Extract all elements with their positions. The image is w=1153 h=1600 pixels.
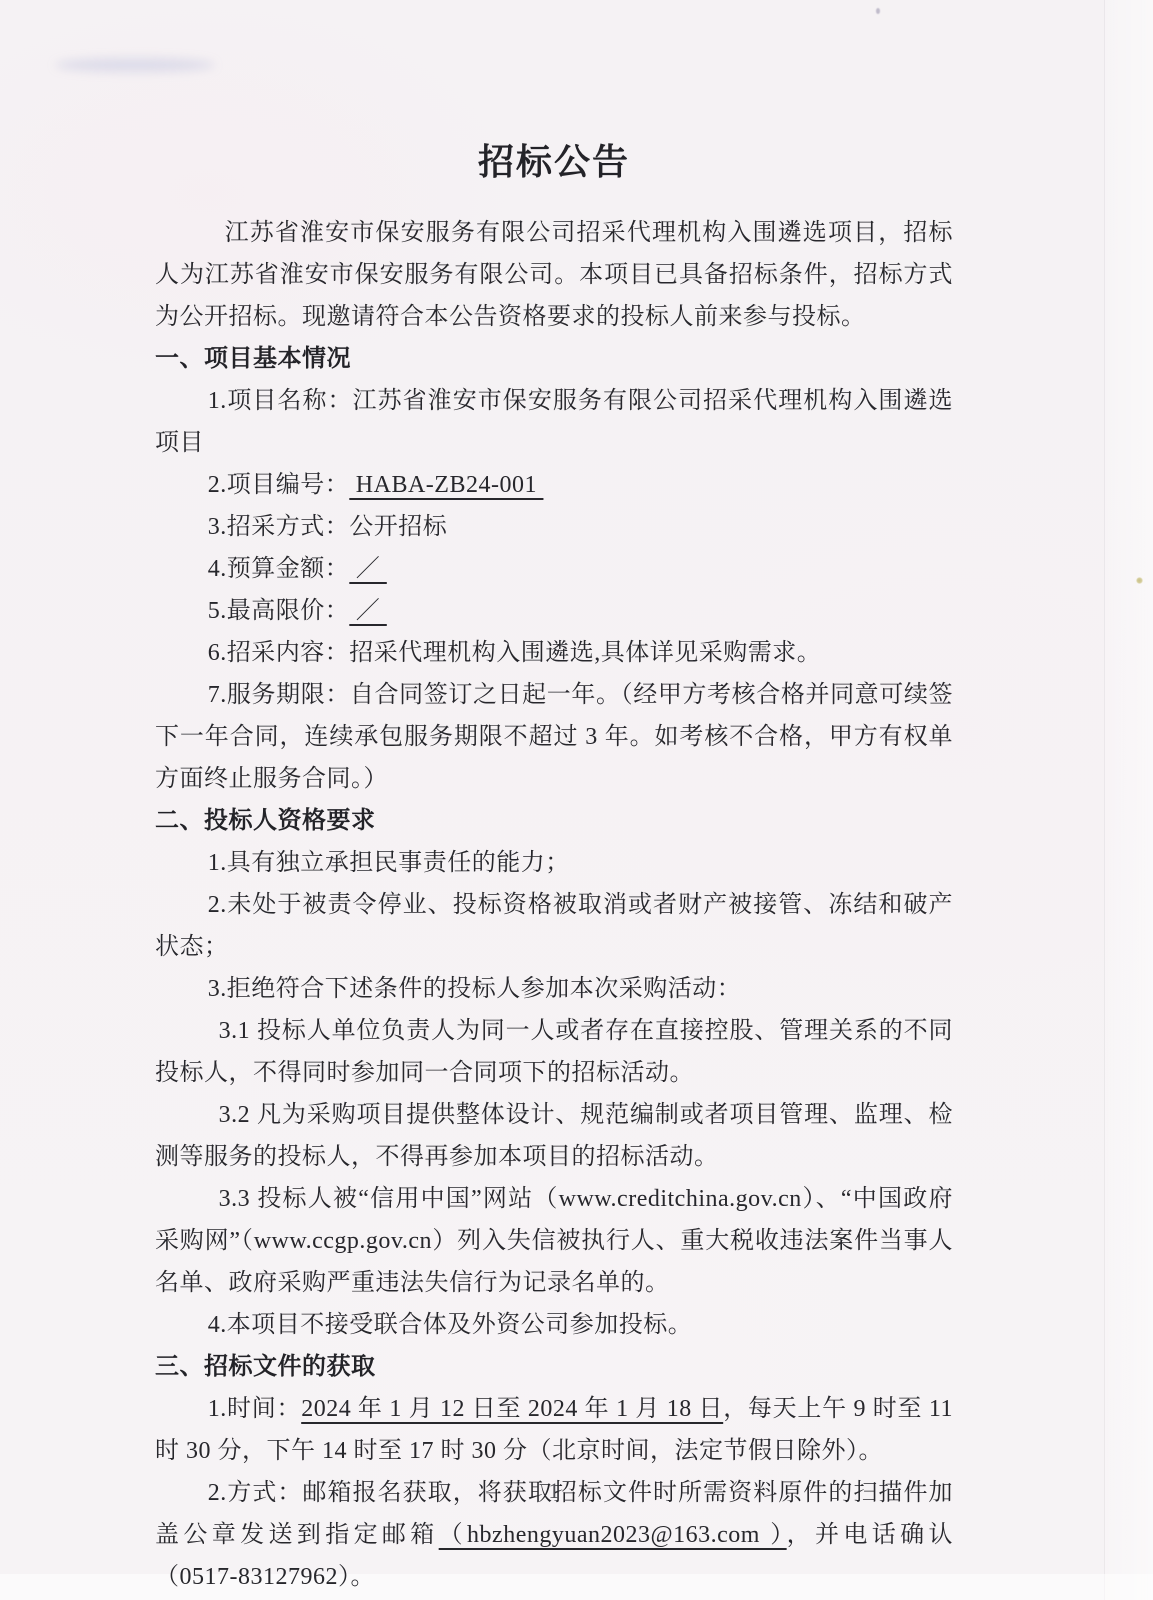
scan-speck-artifact (876, 8, 880, 14)
item-service-period: 7.服务期限：自合同签订之日起一年。（经甲方考核合格并同意可续签下一年合同，连续… (155, 674, 953, 800)
qualification-item-4: 4.本项目不接受联合体及外资公司参加投标。 (155, 1304, 953, 1346)
item-budget-amount: 4.预算金额： ／ (155, 548, 953, 590)
scan-yellow-dot-artifact (1136, 577, 1143, 584)
item-procurement-method: 3.招采方式：公开招标 (155, 506, 953, 548)
obtain-time-item: 1.时间：2024 年 1 月 12 日至 2024 年 1 月 18 日，每天… (155, 1388, 953, 1472)
qualification-item-3: 3.拒绝符合下述条件的投标人参加本次采购活动： (155, 968, 953, 1010)
document-body: 招标公告 江苏省淮安市保安服务有限公司招采代理机构入围遴选项目，招标人为江苏省淮… (155, 138, 953, 1598)
document-title: 招标公告 (155, 138, 953, 186)
item-procurement-content: 6.招采内容：招采代理机构入围遴选,具体详见采购需求。 (155, 632, 953, 674)
intro-paragraph: 江苏省淮安市保安服务有限公司招采代理机构入围遴选项目，招标人为江苏省淮安市保安服… (155, 212, 953, 338)
qualification-item-1: 1.具有独立承担民事责任的能力； (155, 842, 953, 884)
section3-heading: 三、招标文件的获取 (155, 1346, 953, 1388)
scan-smudge-artifact (55, 58, 215, 72)
section2-heading: 二、投标人资格要求 (155, 800, 953, 842)
item-max-price: 5.最高限价： ／ (155, 590, 953, 632)
qualification-item-3-2: 3.2 凡为采购项目提供整体设计、规范编制或者项目管理、监理、检测等服务的投标人… (155, 1094, 953, 1178)
item-project-number: 2.项目编号： HABA-ZB24-001 (155, 464, 953, 506)
qualification-item-2: 2.未处于被责令停业、投标资格被取消或者财产被接管、冻结和破产状态； (155, 884, 953, 968)
qualification-item-3-1: 3.1 投标人单位负责人为同一人或者存在直接控股、管理关系的不同投标人，不得同时… (155, 1010, 953, 1094)
item-project-name: 1.项目名称：江苏省淮安市保安服务有限公司招采代理机构入围遴选项目 (155, 380, 953, 464)
scanned-page: 招标公告 江苏省淮安市保安服务有限公司招采代理机构入围遴选项目，招标人为江苏省淮… (0, 0, 1153, 1600)
section1-heading: 一、项目基本情况 (155, 338, 953, 380)
page-edge-shadow (1104, 0, 1153, 1600)
qualification-item-3-3: 3.3 投标人被“信用中国”网站（www.creditchina.gov.cn）… (155, 1178, 953, 1304)
page-number: 1 (155, 1476, 953, 1506)
